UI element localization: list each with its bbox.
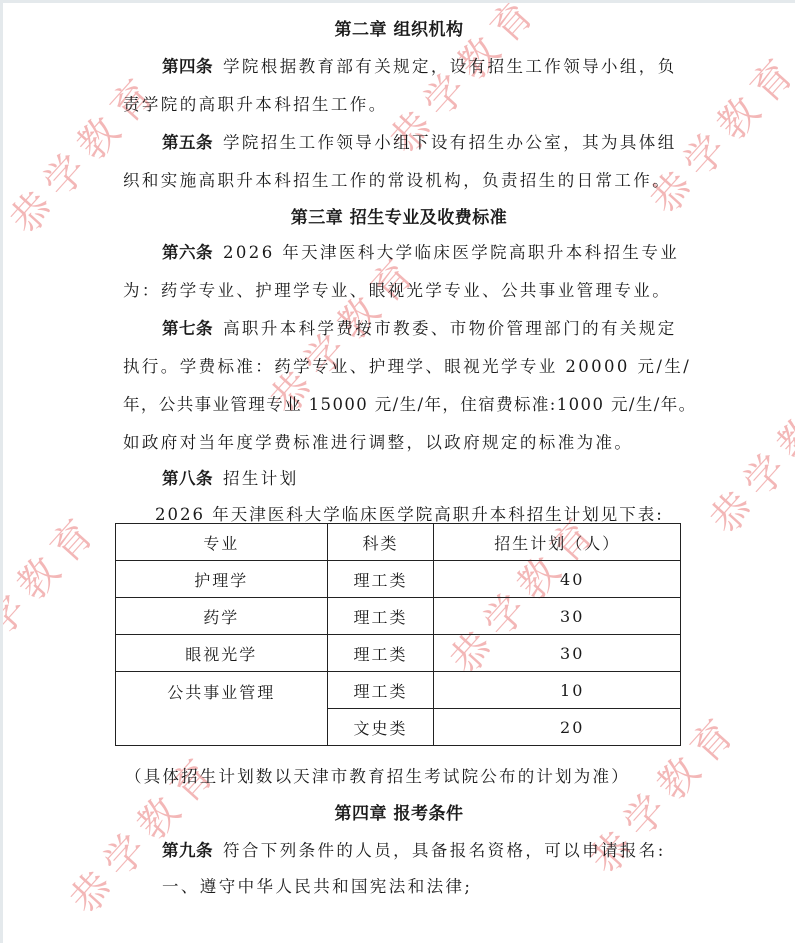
table-row: 公共事业管理 理工类 10 <box>116 672 681 709</box>
cell-major: 公共事业管理 <box>116 672 328 746</box>
enrollment-plan-table: 专业 科类 招生计划（人） 护理学 理工类 40 药学 理工类 30 眼视光学 … <box>115 523 681 746</box>
cell-category: 理工类 <box>327 635 434 672</box>
cell-count: 30 <box>434 598 681 635</box>
chapter-4-title: 第四章 报考条件 <box>3 799 795 824</box>
cell-major: 眼视光学 <box>116 635 328 672</box>
article-6-line-2: 为：药学专业、护理学专业、眼视光学专业、公共事业管理专业。 <box>123 277 671 301</box>
header-category: 科类 <box>327 524 434 561</box>
document-page: 恭学教育 恭学教育 恭学教育 恭学教育 恭学教育 恭学教育 恭学教育 恭学教育 … <box>3 3 795 943</box>
article-9-text: 符合下列条件的人员，具备报名资格，可以申请报名: <box>223 841 666 860</box>
cell-count: 30 <box>434 635 681 672</box>
table-header-row: 专业 科类 招生计划（人） <box>116 524 681 561</box>
article-8-line-1: 第八条招生计划 <box>162 465 299 489</box>
article-4-label: 第四条 <box>162 57 213 76</box>
article-7-text: 高职升本科学费按市教委、市物价管理部门的有关规定 <box>223 319 677 338</box>
article-8-intro: 2026 年天津医科大学临床医学院高职升本科招生计划见下表: <box>155 501 664 525</box>
table-row: 护理学 理工类 40 <box>116 561 681 598</box>
article-8-text: 招生计划 <box>223 469 299 488</box>
cell-category: 理工类 <box>327 598 434 635</box>
cell-count: 10 <box>434 672 681 709</box>
article-4-line-1: 第四条学院根据教育部有关规定，设有招生工作领导小组，负 <box>162 53 677 77</box>
article-6-text: 2026 年天津医科大学临床医学院高职升本科招生专业 <box>223 243 679 262</box>
header-major: 专业 <box>116 524 328 561</box>
table-note: （具体招生计划数以天津市教育招生考试院公布的计划为准） <box>125 763 630 787</box>
chapter-3-title: 第三章 招生专业及收费标准 <box>3 203 795 228</box>
article-7-label: 第七条 <box>162 319 213 338</box>
article-7-line-1: 第七条高职升本科学费按市教委、市物价管理部门的有关规定 <box>162 315 677 339</box>
article-8-label: 第八条 <box>162 469 213 488</box>
watermark: 恭学教育 <box>3 498 111 685</box>
article-9-label: 第九条 <box>162 841 213 860</box>
cell-count: 20 <box>434 709 681 746</box>
article-5-label: 第五条 <box>162 133 213 152</box>
cell-count: 40 <box>434 561 681 598</box>
article-5-line-1: 第五条学院招生工作领导小组下设有招生办公室，其为具体组 <box>162 129 677 153</box>
article-9-item-1: 一、遵守中华人民共和国宪法和法律; <box>162 873 472 897</box>
article-9-line-1: 第九条符合下列条件的人员，具备报名资格，可以申请报名: <box>162 837 666 861</box>
article-6-line-1: 第六条2026 年天津医科大学临床医学院高职升本科招生专业 <box>162 239 679 263</box>
article-7-line-3: 年，公共事业管理专业 15000 元/生/年，住宿费标准:1000 元/生/年。 <box>123 391 697 415</box>
cell-major: 护理学 <box>116 561 328 598</box>
table-row: 眼视光学 理工类 30 <box>116 635 681 672</box>
article-7-line-2: 执行。学费标准：药学专业、护理学、眼视光学专业 20000 元/生/ <box>123 353 691 377</box>
article-5-line-2: 织和实施高职升本科招生工作的常设机构，负责招生的日常工作。 <box>123 167 671 191</box>
article-7-line-4: 如政府对当年度学费标准进行调整，以政府规定的标准为准。 <box>123 429 633 453</box>
cell-category: 理工类 <box>327 561 434 598</box>
article-6-label: 第六条 <box>162 243 213 262</box>
header-count: 招生计划（人） <box>434 524 681 561</box>
article-4-text: 学院根据教育部有关规定，设有招生工作领导小组，负 <box>223 57 677 76</box>
article-4-line-2: 责学院的高职升本科招生工作。 <box>123 91 388 115</box>
cell-major: 药学 <box>116 598 328 635</box>
table-row: 药学 理工类 30 <box>116 598 681 635</box>
article-5-text: 学院招生工作领导小组下设有招生办公室，其为具体组 <box>223 133 677 152</box>
watermark: 恭学教育 <box>695 358 795 545</box>
cell-category: 理工类 <box>327 672 434 709</box>
chapter-2-title: 第二章 组织机构 <box>3 15 795 40</box>
cell-category: 文史类 <box>327 709 434 746</box>
